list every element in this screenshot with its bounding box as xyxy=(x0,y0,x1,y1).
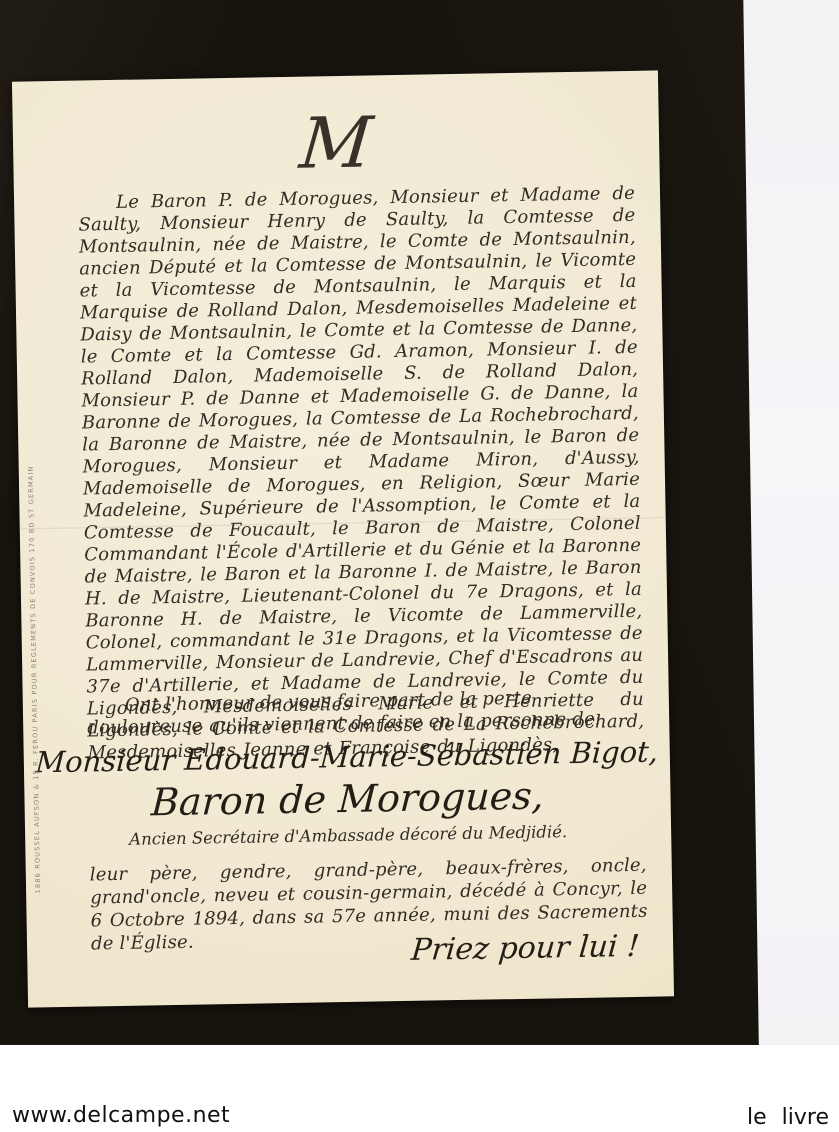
watermark-url: www.delcampe.net xyxy=(12,1103,230,1128)
closing-line: Priez pour lui ! xyxy=(238,929,641,971)
death-announcement-sheet: M Le Baron P. de Morogues, Monsieur et M… xyxy=(12,70,674,1007)
watermark-strip: www.delcampe.net le livre xyxy=(0,1045,839,1132)
watermark-seller-name: le livre xyxy=(747,1105,829,1130)
family-list-paragraph: Le Baron P. de Morogues, Monsieur et Mad… xyxy=(78,183,645,765)
scanned-photo: M Le Baron P. de Morogues, Monsieur et M… xyxy=(0,0,839,1132)
deceased-title: Baron de Morogues, xyxy=(23,771,671,826)
monogram-m: M xyxy=(10,96,663,189)
